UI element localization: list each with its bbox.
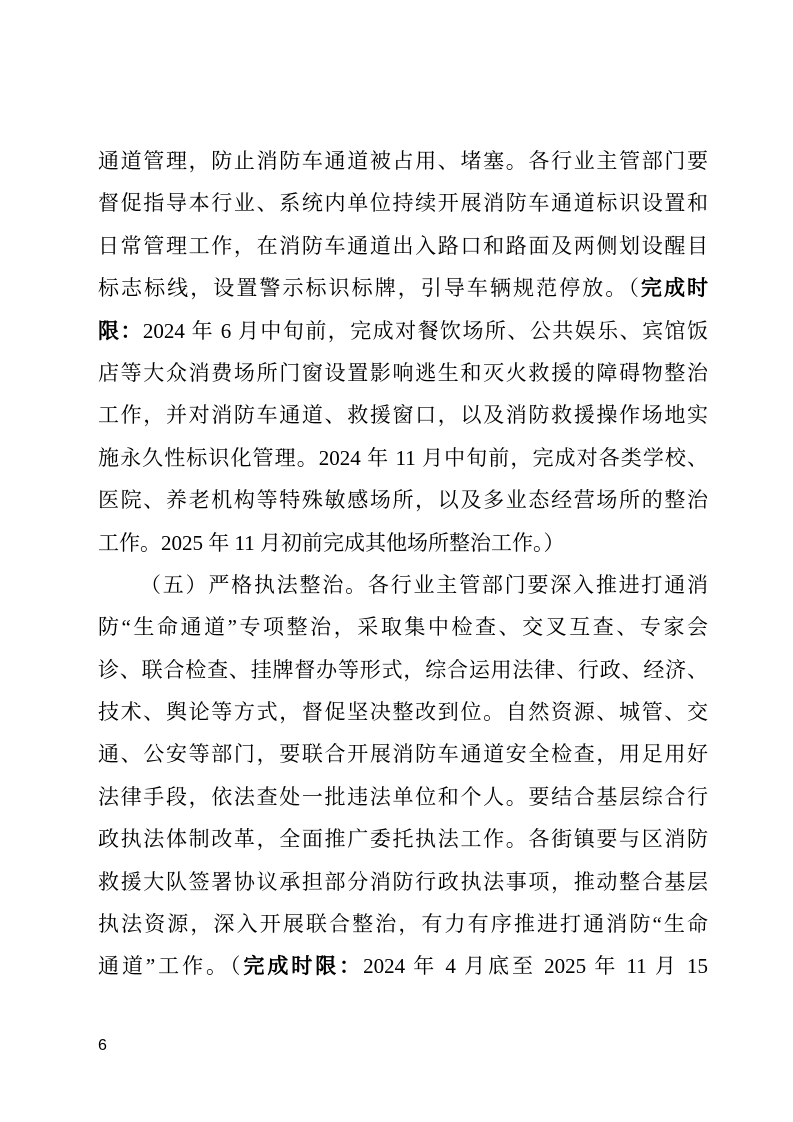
text-segment: 医院、养老机构等特殊敏感场所，以及多业态经营场所的整治 xyxy=(98,488,708,512)
text-segment: （五）严格执法整治。各行业主管部门要深入推进打通消 xyxy=(140,573,708,597)
text-line: 救援大队签署协议承担部分消防行政执法事项，推动整合基层 xyxy=(98,861,708,903)
text-segment: 政执法体制改革，全面推广委托执法工作。各街镇要与区消防 xyxy=(98,827,708,851)
text-line: 工作，并对消防车通道、救援窗口，以及消防救援操作场地实 xyxy=(98,394,708,436)
text-line: 技术、舆论等方式，督促坚决整改到位。自然资源、城管、交 xyxy=(98,691,708,733)
text-segment: 救援大队签署协议承担部分消防行政执法事项，推动整合基层 xyxy=(98,870,708,894)
text-line: 诊、联合检查、挂牌督办等形式，综合运用法律、行政、经济、 xyxy=(98,649,708,691)
text-segment: 工作，并对消防车通道、救援窗口，以及消防救援操作场地实 xyxy=(98,403,708,427)
text-segment: 执法资源，深入开展联合整治，有力有序推进打通消防“生命 xyxy=(98,912,708,936)
text-segment: 技术、舆论等方式，督促坚决整改到位。自然资源、城管、交 xyxy=(98,700,708,724)
text-segment: 2024 年 6 月中旬前，完成对餐饮场所、公共娱乐、宾馆饭 xyxy=(143,319,708,343)
text-segment: 督促指导本行业、系统内单位持续开展消防车通道标识设置和 xyxy=(98,191,708,215)
text-segment: 施永久性标识化管理。2024 年 11 月中旬前，完成对各类学校、 xyxy=(98,446,708,470)
text-segment: 通道”工作。（ xyxy=(98,954,243,978)
text-line: 防“生命通道”专项整治，采取集中检查、交叉互查、专家会 xyxy=(98,606,708,648)
text-line: 标志标线，设置警示标识标牌，引导车辆规范停放。（完成时 xyxy=(98,267,708,309)
text-line: 督促指导本行业、系统内单位持续开展消防车通道标识设置和 xyxy=(98,182,708,224)
page-number: 6 xyxy=(98,1034,107,1058)
text-segment: 日常管理工作，在消防车通道出入路口和路面及两侧划设醒目 xyxy=(98,234,708,258)
text-line: 施永久性标识化管理。2024 年 11 月中旬前，完成对各类学校、 xyxy=(98,437,708,479)
text-line: 通道管理，防止消防车通道被占用、堵塞。各行业主管部门要 xyxy=(98,140,708,182)
text-segment: 通、公安等部门，要联合开展消防车通道安全检查，用足用好 xyxy=(98,742,708,766)
text-line: 通、公安等部门，要联合开展消防车通道安全检查，用足用好 xyxy=(98,733,708,775)
bold-text-segment: 限： xyxy=(98,319,143,343)
text-segment: 标志标线，设置警示标识标牌，引导车辆规范停放。（ xyxy=(98,276,641,300)
text-line: 法律手段，依法查处一批违法单位和个人。要结合基层综合行 xyxy=(98,776,708,818)
text-segment: 店等大众消费场所门窗设置影响逃生和灭火救援的障碍物整治 xyxy=(98,361,708,385)
text-line: 医院、养老机构等特殊敏感场所，以及多业态经营场所的整治 xyxy=(98,479,708,521)
text-line: 通道”工作。（完成时限：2024 年 4 月底至 2025 年 11 月 15 xyxy=(98,945,708,987)
text-line: 店等大众消费场所门窗设置影响逃生和灭火救援的障碍物整治 xyxy=(98,352,708,394)
text-line: 日常管理工作，在消防车通道出入路口和路面及两侧划设醒目 xyxy=(98,225,708,267)
text-segment: 诊、联合检查、挂牌督办等形式，综合运用法律、行政、经济、 xyxy=(98,658,708,682)
text-segment: 防“生命通道”专项整治，采取集中检查、交叉互查、专家会 xyxy=(98,615,708,639)
text-line: 限：2024 年 6 月中旬前，完成对餐饮场所、公共娱乐、宾馆饭 xyxy=(98,310,708,352)
text-line: 工作。2025 年 11 月初前完成其他场所整治工作。） xyxy=(98,522,708,564)
text-segment: 通道管理，防止消防车通道被占用、堵塞。各行业主管部门要 xyxy=(98,149,708,173)
text-line: 政执法体制改革，全面推广委托执法工作。各街镇要与区消防 xyxy=(98,818,708,860)
bold-text-segment: 完成时 xyxy=(641,276,708,300)
text-segment: 2024 年 4 月底至 2025 年 11 月 15 xyxy=(363,954,708,978)
text-segment: 法律手段，依法查处一批违法单位和个人。要结合基层综合行 xyxy=(98,785,708,809)
text-line: 执法资源，深入开展联合整治，有力有序推进打通消防“生命 xyxy=(98,903,708,945)
document-page: 通道管理，防止消防车通道被占用、堵塞。各行业主管部门要督促指导本行业、系统内单位… xyxy=(0,0,793,1122)
text-line: （五）严格执法整治。各行业主管部门要深入推进打通消 xyxy=(98,564,708,606)
text-segment: 工作。2025 年 11 月初前完成其他场所整治工作。） xyxy=(98,531,564,555)
bold-text-segment: 完成时限： xyxy=(243,954,363,978)
document-body: 通道管理，防止消防车通道被占用、堵塞。各行业主管部门要督促指导本行业、系统内单位… xyxy=(98,140,708,988)
